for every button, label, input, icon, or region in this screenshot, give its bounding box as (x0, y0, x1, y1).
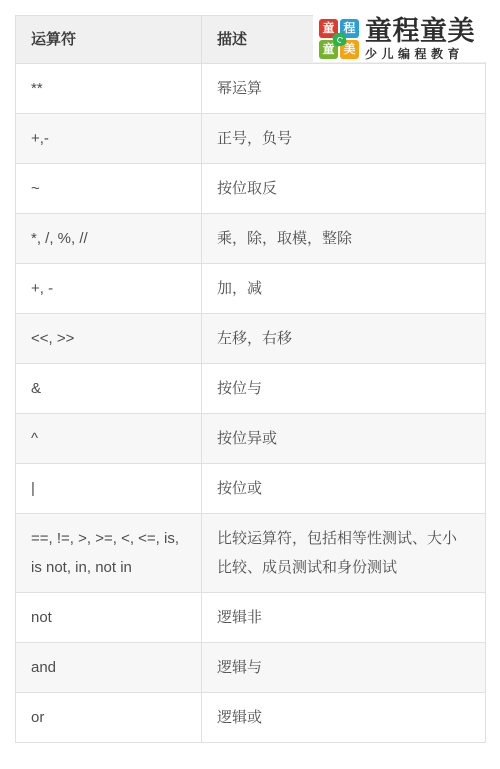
page: 运算符 描述 ** 幂运算 +,- 正号，负号 ~ 按位取反 *, /, %, … (0, 0, 500, 769)
table-row: ==, !=, >, >=, <, <=, is, is not, in, no… (16, 514, 486, 593)
brand-logo: 童 程 童 美 童程童美 少儿编程教育 (313, 15, 497, 62)
table-row: ** 幂运算 (16, 64, 486, 114)
table-row: +, - 加，减 (16, 264, 486, 314)
operator-cell: & (16, 364, 202, 414)
operator-cell: +,- (16, 114, 202, 164)
swoosh-icon (336, 35, 344, 43)
description-cell: 逻辑非 (202, 593, 486, 643)
table-row: not 逻辑非 (16, 593, 486, 643)
operator-cell: | (16, 464, 202, 514)
column-header-operator: 运算符 (16, 16, 202, 64)
table-row: <<, >> 左移，右移 (16, 314, 486, 364)
brand-tagline: 少儿编程教育 (365, 48, 475, 60)
operator-cell: <<, >> (16, 314, 202, 364)
brand-logo-mark: 童 程 童 美 (319, 19, 359, 59)
operators-table: 运算符 描述 ** 幂运算 +,- 正号，负号 ~ 按位取反 *, /, %, … (15, 15, 486, 743)
brand-name: 童程童美 (365, 18, 475, 45)
operator-cell: or (16, 693, 202, 743)
description-cell: 左移，右移 (202, 314, 486, 364)
table-row: or 逻辑或 (16, 693, 486, 743)
table-row: *, /, %, // 乘，除，取模，整除 (16, 214, 486, 264)
description-cell: 幂运算 (202, 64, 486, 114)
operator-cell: ==, !=, >, >=, <, <=, is, is not, in, no… (16, 514, 202, 593)
description-cell: 正号，负号 (202, 114, 486, 164)
table-row: and 逻辑与 (16, 643, 486, 693)
logo-center-badge (332, 31, 347, 46)
operator-cell: *, /, %, // (16, 214, 202, 264)
description-cell: 加，减 (202, 264, 486, 314)
description-cell: 按位异或 (202, 414, 486, 464)
description-cell: 逻辑或 (202, 693, 486, 743)
description-cell: 按位与 (202, 364, 486, 414)
description-cell: 按位取反 (202, 164, 486, 214)
description-cell: 比较运算符，包括相等性测试、大小比较、成员测试和身份测试 (202, 514, 486, 593)
operator-cell: and (16, 643, 202, 693)
operator-cell: ** (16, 64, 202, 114)
table-row: +,- 正号，负号 (16, 114, 486, 164)
brand-text-block: 童程童美 少儿编程教育 (365, 18, 475, 60)
operator-cell: not (16, 593, 202, 643)
operator-cell: ~ (16, 164, 202, 214)
table-row: & 按位与 (16, 364, 486, 414)
table-row: | 按位或 (16, 464, 486, 514)
table-row: ^ 按位异或 (16, 414, 486, 464)
operator-cell: ^ (16, 414, 202, 464)
table-row: ~ 按位取反 (16, 164, 486, 214)
description-cell: 按位或 (202, 464, 486, 514)
description-cell: 乘，除，取模，整除 (202, 214, 486, 264)
description-cell: 逻辑与 (202, 643, 486, 693)
operator-cell: +, - (16, 264, 202, 314)
